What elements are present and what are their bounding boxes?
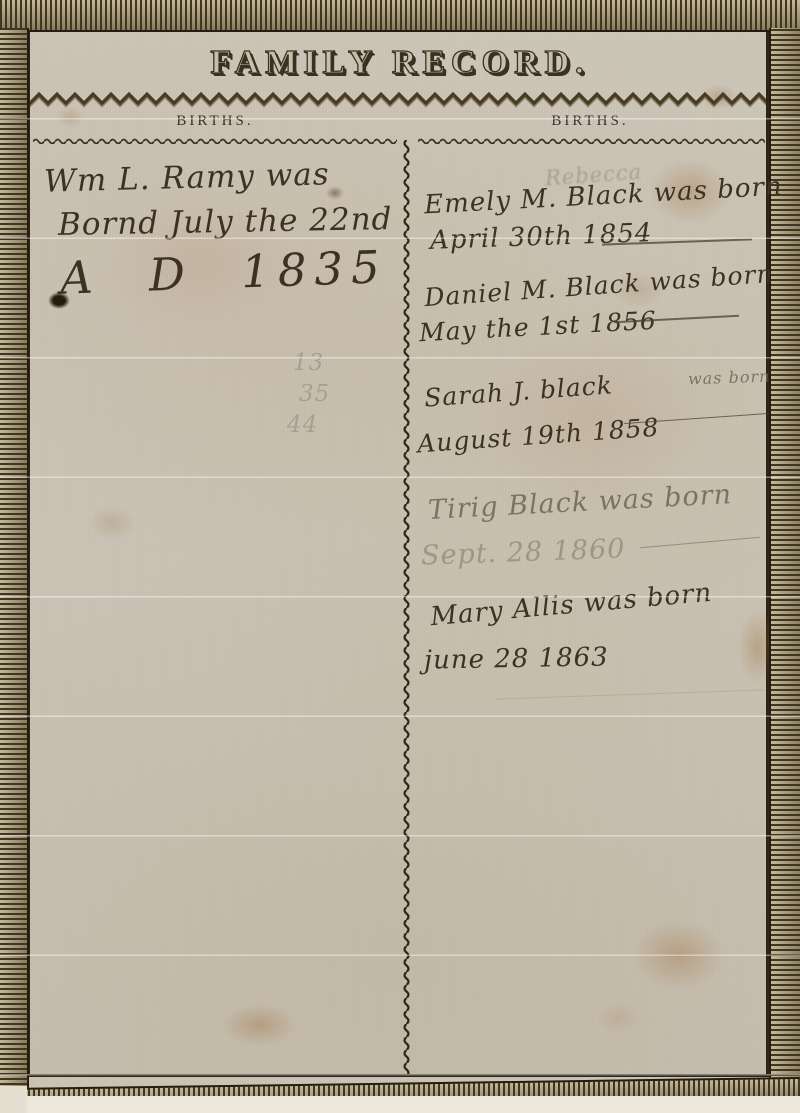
woven-border-top <box>0 0 800 32</box>
scan-edge-corner <box>0 1086 27 1113</box>
scanned-family-record-page: FAMILY RECORD. BIRTHS. BIRTHS. <box>0 0 800 1113</box>
wavy-rule-left <box>33 137 397 144</box>
woven-border-left <box>0 28 29 1090</box>
stain <box>88 506 136 540</box>
record-ramy-line2: Bornd July the 22nd <box>58 201 393 243</box>
stain <box>222 1004 296 1046</box>
record-black3-aside: was born <box>688 367 771 389</box>
zigzag-rule <box>30 92 766 109</box>
births-header-left: BIRTHS. <box>30 113 400 130</box>
stain <box>632 920 724 990</box>
stain <box>596 1002 640 1034</box>
wavy-rule-right <box>418 137 765 144</box>
record-allis-line2: june 28 1863 <box>424 642 609 675</box>
pencil-mark-2: 35 <box>299 381 330 407</box>
record-ramy-line1: Wm L. Ramy was <box>44 156 330 199</box>
stain <box>480 330 710 500</box>
pencil-mark-3: 44 <box>287 412 318 438</box>
page-title: FAMILY RECORD. <box>0 44 800 82</box>
scan-edge-strip <box>0 1096 800 1113</box>
ink-blot <box>48 292 70 309</box>
births-header-right: BIRTHS. <box>415 113 765 130</box>
column-divider-wavy-line <box>402 140 411 1077</box>
pencil-mark-1: 13 <box>293 350 324 376</box>
